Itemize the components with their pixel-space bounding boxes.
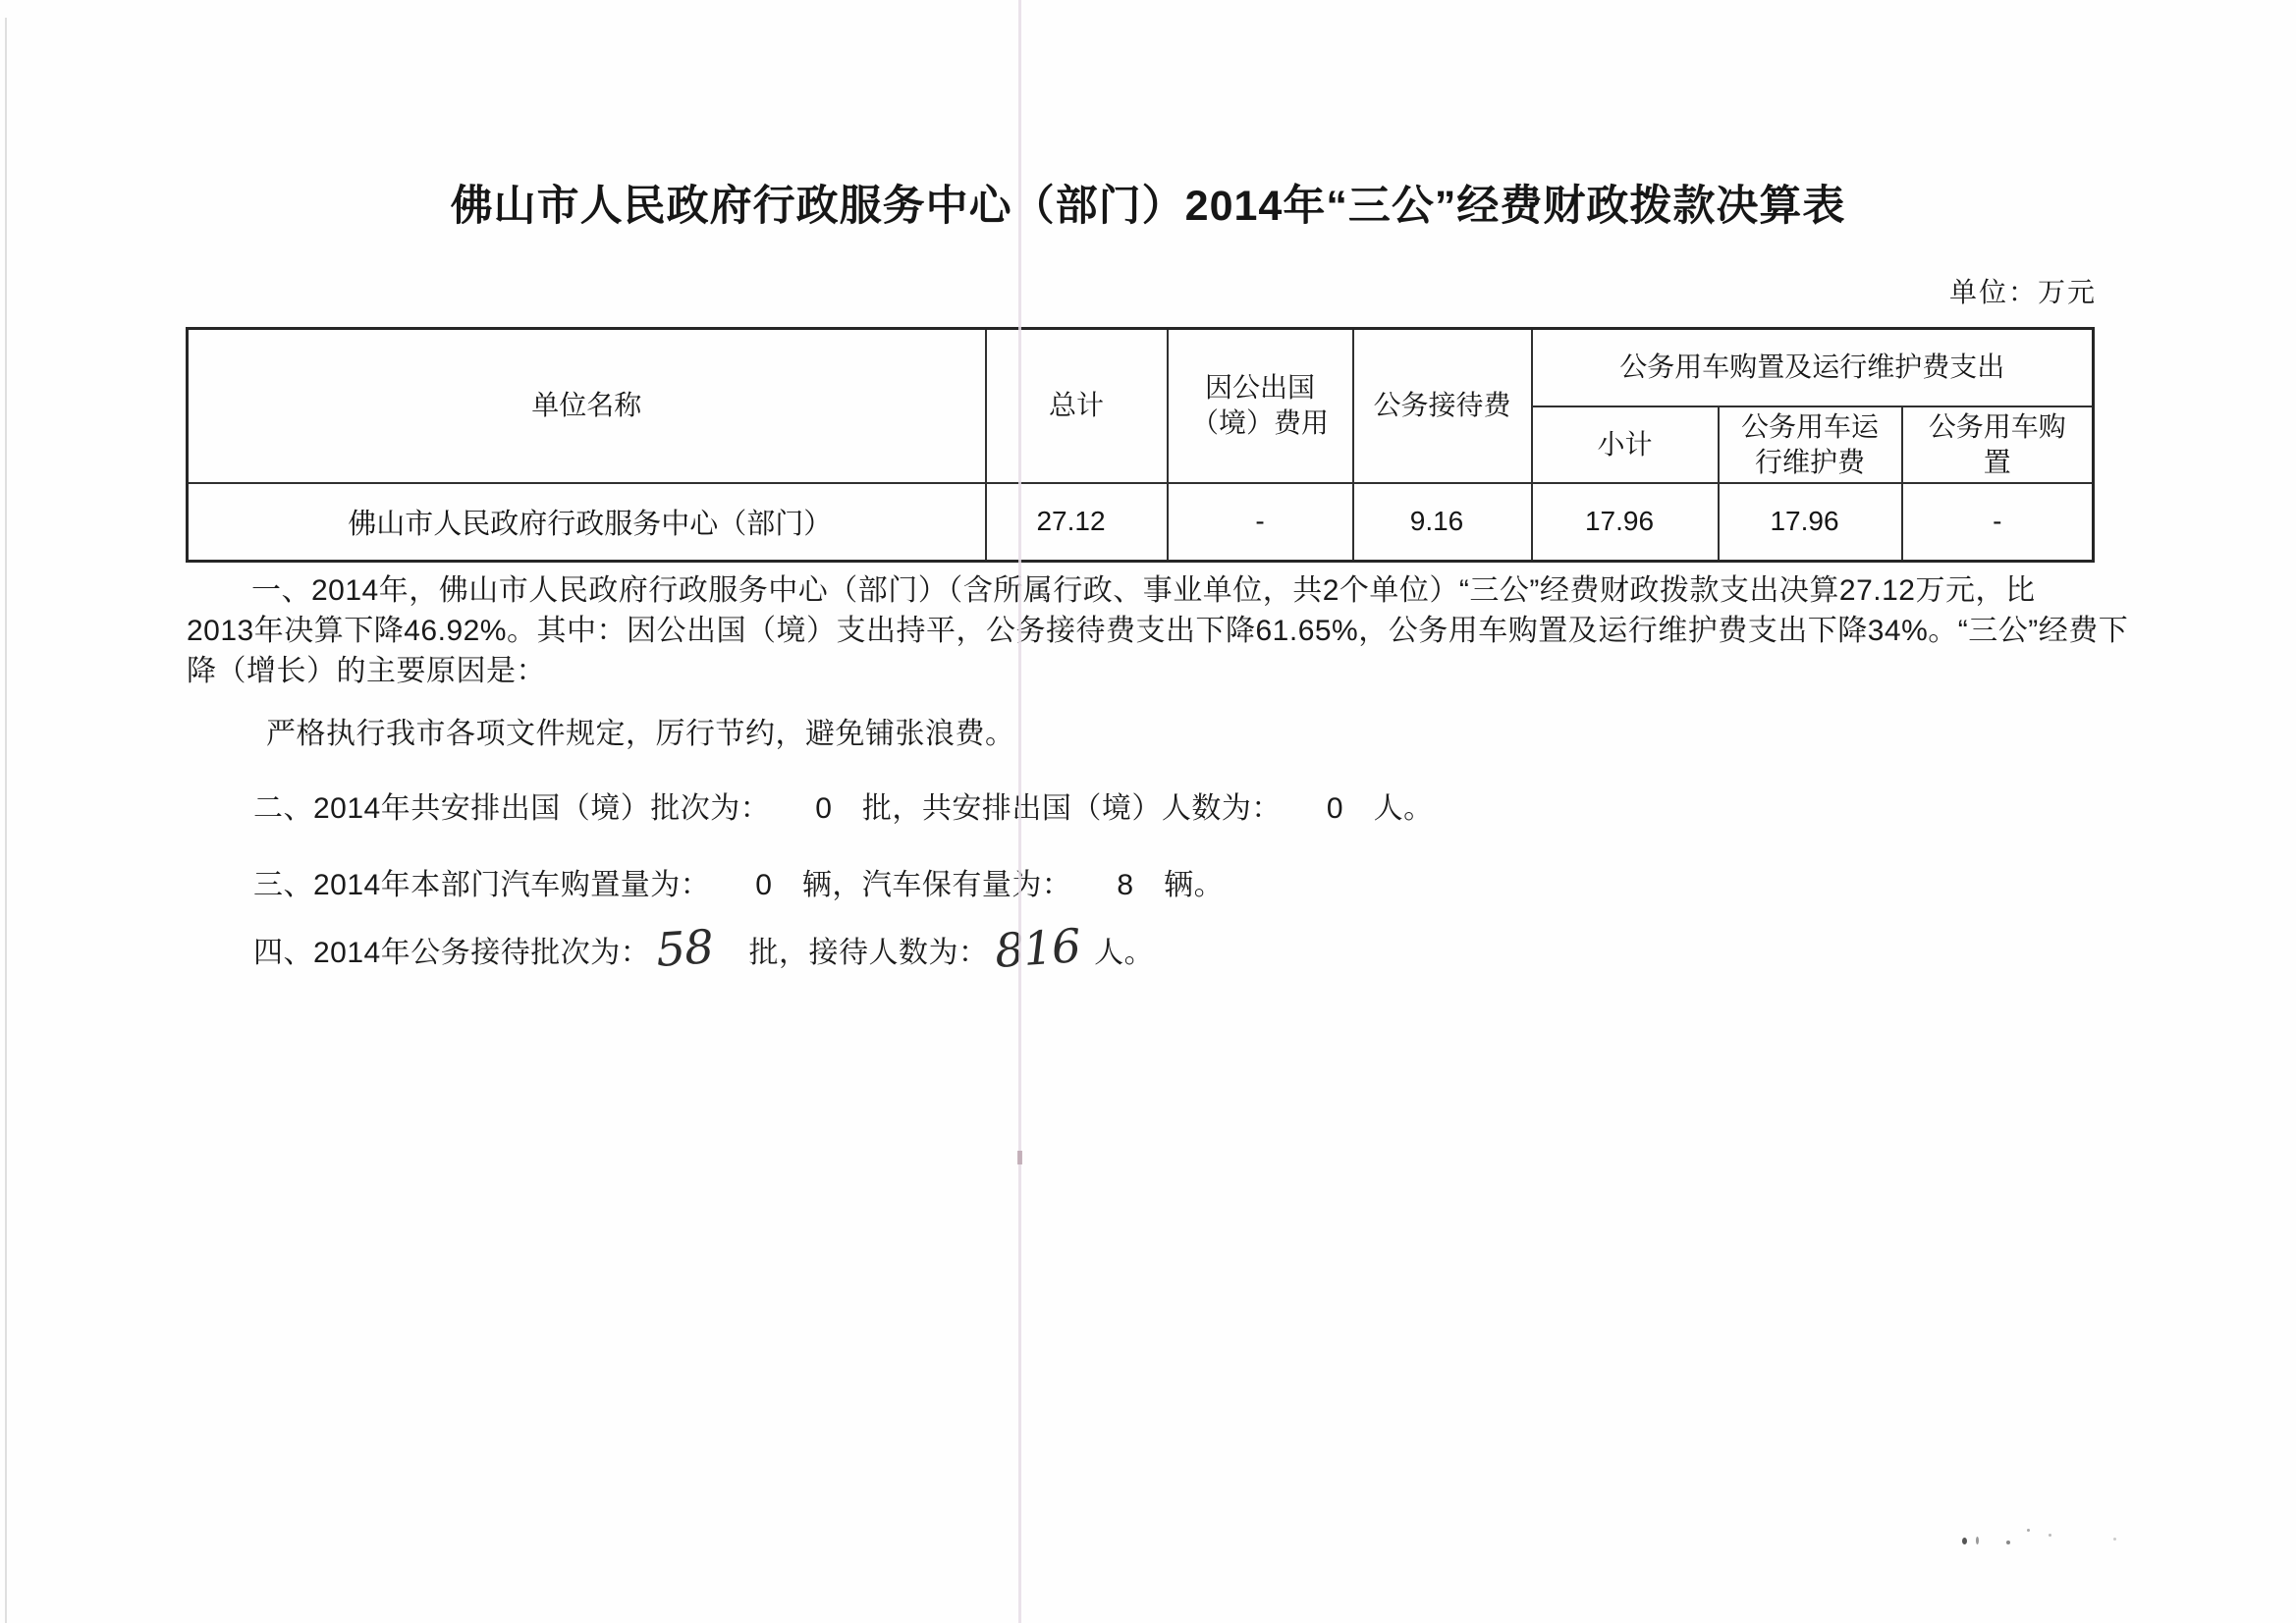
cell-total: 27.12 [986,483,1168,562]
scanned-document-page: 佛山市人民政府行政服务中心（部门）2014年“三公”经费财政拨款决算表 单位：万… [0,0,2296,1623]
note-item-4-prefix: 四、2014年公务接待批次为： [253,937,650,969]
cell-vehicle-maintenance: 17.96 [1719,483,1902,562]
budget-table: 单位名称 总计 因公出国 （境）费用 公务接待费 公务用车购置及运行维护费支出 … [186,327,2095,563]
note-paragraph-1-line-2: 2013年决算下降46.92%。其中：因公出国（境）支出持平，公务接待费支出下降… [187,611,2128,651]
note-item-4: 四、2014年公务接待批次为：58 批，接待人数为：816 人。 [187,933,1154,973]
cell-unit-name: 佛山市人民政府行政服务中心（部门） [188,483,986,562]
note-paragraph-1-line-1: 一、2014年，佛山市人民政府行政服务中心（部门）（含所属行政、事业单位，共2个… [187,570,2035,611]
scan-noise-dot [1962,1538,1967,1544]
col-header-unit-name: 单位名称 [188,329,986,483]
scan-noise-dot [2049,1534,2051,1537]
col-header-vehicle-group: 公务用车购置及运行维护费支出 [1532,329,2094,406]
scan-noise-dot [2113,1538,2116,1541]
col-header-vehicle-maintenance: 公务用车运 行维护费 [1719,406,1902,483]
note-item-4-mid: 批，接待人数为： [719,937,989,969]
cell-vehicle-purchase: - [1902,483,2094,562]
handwritten-reception-batches: 58 [655,933,714,966]
note-item-4-suffix: 人。 [1094,937,1154,969]
col-header-vehicle-purchase: 公务用车购 置 [1902,406,2094,483]
scan-noise-dot [2006,1541,2010,1544]
cell-abroad-expense: - [1168,483,1353,562]
note-item-2: 二、2014年共安排出国（境）批次为： 0 批，共安排出国（境）人数为： 0 人… [187,788,1434,829]
scan-noise-dot [2027,1529,2030,1532]
col-header-reception-expense: 公务接待费 [1353,329,1532,483]
handwritten-reception-people: 816 [994,932,1081,967]
fold-line-blotch [1017,1151,1022,1164]
document-title: 佛山市人民政府行政服务中心（部门）2014年“三公”经费财政拨款决算表 [0,173,2296,233]
table-row: 佛山市人民政府行政服务中心（部门） 27.12 - 9.16 17.96 17.… [188,483,2094,562]
page-fold-line [1018,0,1021,1623]
note-paragraph-2: 严格执行我市各项文件规定，厉行节约，避免铺张浪费。 [187,714,1015,754]
col-header-vehicle-subtotal: 小计 [1532,406,1719,483]
col-header-total: 总计 [986,329,1168,483]
unit-label: 单位：万元 [1949,271,2097,310]
note-item-3: 三、2014年本部门汽车购置量为： 0 辆，汽车保有量为： 8 辆。 [187,865,1224,905]
col-header-abroad-expense: 因公出国 （境）费用 [1168,329,1353,483]
cell-reception-expense: 9.16 [1353,483,1532,562]
scan-edge-line [5,18,7,1623]
scan-noise-dot [1976,1537,1979,1544]
note-paragraph-1-line-3: 降（增长）的主要原因是： [187,651,546,691]
cell-vehicle-subtotal: 17.96 [1532,483,1719,562]
